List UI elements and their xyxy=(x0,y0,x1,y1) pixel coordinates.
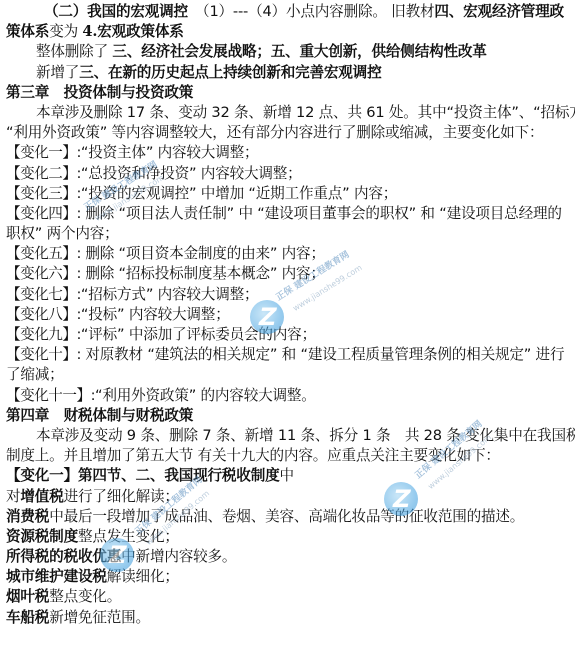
change-label: 【变化三】: xyxy=(6,185,81,202)
change-text: “利用外资政策” 的内容较大调整。 xyxy=(95,387,316,404)
change-label: 【变化二】: xyxy=(6,165,81,182)
tax-name: 消费税 xyxy=(6,508,49,525)
bold-text: 三、经济社会发展战略；五、重大创新，供给侧结构性改革 xyxy=(112,43,486,60)
tax-item: 资源税制度整点发生变化； xyxy=(6,527,575,547)
paragraph-line: “利用外资政策” 等内容调整较大，还有部分内容进行了删除或缩减，主要变化如下： xyxy=(6,123,575,143)
body-text: （1）---（4）小点内容删除。 旧教材 xyxy=(188,3,434,20)
change-label: 【变化一】: xyxy=(6,144,81,161)
tax-name: 所得税的税收优惠 xyxy=(6,548,121,565)
change-label: 【变化一】第四节、二、我国现行税收制度 xyxy=(6,467,279,484)
change-item: 【变化九】:“评标” 中添加了评标委员会的内容； xyxy=(6,325,575,345)
bold-text: 四、宏观经济管理政 xyxy=(434,3,564,20)
change-item: 【变化一】第四节、二、我国现行税收制度中 xyxy=(6,466,575,486)
body-text: 进行了细化解读； xyxy=(64,488,179,505)
text-line: 策体系变为 4.宏观政策体系 xyxy=(6,22,575,42)
change-label: 【变化六】: xyxy=(6,265,81,282)
paragraph-line: 本章涉及删除 17 条、变动 32 条、新增 12 点、共 61 处。其中“投资… xyxy=(6,103,575,123)
tax-name: 车船税 xyxy=(6,609,49,626)
change-item: 【变化二】:“总投资和净投资” 内容较大调整； xyxy=(6,164,575,184)
body-text: 变为 xyxy=(49,23,82,40)
change-item: 【变化七】:“招标方式” 内容较大调整； xyxy=(6,285,575,305)
bold-text: 三、在新的历史起点上持续创新和完善宏观调控 xyxy=(79,64,381,81)
change-label: 【变化四】: xyxy=(6,205,81,222)
section-heading-macro-control: （二）我国的宏观调控 （1）---（4）小点内容删除。 旧教材四、宏观经济管理政 xyxy=(6,2,575,22)
tax-name: 增值税 xyxy=(20,488,63,505)
body-text: 解读细化； xyxy=(107,568,179,585)
tax-name: 烟叶税 xyxy=(6,588,49,605)
body-text: 对 xyxy=(6,488,20,505)
text-line: 整体删除了 三、经济社会发展战略；五、重大创新，供给侧结构性改革 xyxy=(6,42,575,62)
change-label: 【变化五】: xyxy=(6,245,81,262)
change-label: 【变化十一】: xyxy=(6,387,95,404)
tax-item: 对增值税进行了细化解读； xyxy=(6,487,575,507)
paragraph-line: 本章涉及变动 9 条、删除 7 条、新增 11 条、拆分 1 条 共 28 条 … xyxy=(6,426,575,446)
heading-text: （二）我国的宏观调控 xyxy=(44,3,188,20)
change-text: “投资的宏观调控” 中增加 “近期工作重点” 内容； xyxy=(81,185,397,202)
change-item: 【变化一】:“投资主体” 内容较大调整； xyxy=(6,143,575,163)
bold-text: 策体系 xyxy=(6,23,49,40)
change-text: 删除 “项目法人责任制” 中 “建设项目董事会的职权” 和 “建设项目总经理的 xyxy=(81,205,562,222)
tax-item: 车船税新增免征范围。 xyxy=(6,608,575,628)
body-text: 新增免征范围。 xyxy=(49,609,150,626)
change-text: 对原教材 “建筑法的相关规定” 和 “建设工程质量管理条例的相关规定” 进行 xyxy=(81,346,564,363)
change-text: 删除 “项目资本金制度的由来” 内容； xyxy=(81,245,325,262)
tax-name: 资源税制度 xyxy=(6,528,78,545)
change-text: “投标” 内容较大调整； xyxy=(81,306,230,323)
body-text: 整点发生变化； xyxy=(78,528,179,545)
body-text: 新增了 xyxy=(36,64,79,81)
body-text: 整体删除了 xyxy=(36,43,112,60)
change-label: 【变化九】: xyxy=(6,326,81,343)
change-label: 【变化八】: xyxy=(6,306,81,323)
change-item-continuation: 职权” 两个内容； xyxy=(6,224,575,244)
change-label: 【变化七】: xyxy=(6,286,81,303)
change-item: 【变化八】:“投标” 内容较大调整； xyxy=(6,305,575,325)
tax-item: 烟叶税整点变化。 xyxy=(6,587,575,607)
change-item: 【变化十一】:“利用外资政策” 的内容较大调整。 xyxy=(6,386,575,406)
chapter-3-heading: 第三章 投资体制与投资政策 xyxy=(6,83,575,103)
change-text: “投资主体” 内容较大调整； xyxy=(81,144,259,161)
text-line: 新增了三、在新的历史起点上持续创新和完善宏观调控 xyxy=(6,63,575,83)
tax-item: 消费税中最后一段增加了成品油、卷烟、美容、高端化妆品等的征收范围的描述。 xyxy=(6,507,575,527)
body-text: 整点变化。 xyxy=(49,588,121,605)
change-text: “评标” 中添加了评标委员会的内容； xyxy=(81,326,316,343)
tax-item: 城市维护建设税解读细化； xyxy=(6,567,575,587)
change-item-continuation: 了缩减； xyxy=(6,365,575,385)
change-text: “招标方式” 内容较大调整； xyxy=(81,286,259,303)
paragraph-line: 制度上。并且增加了第五大节 有关十九大的内容。应重点关注主要变化如下： xyxy=(6,446,575,466)
body-text: 中最后一段增加了成品油、卷烟、美容、高端化妆品等的征收范围的描述。 xyxy=(49,508,524,525)
change-item: 【变化六】: 删除 “招标投标制度基本概念” 内容； xyxy=(6,264,575,284)
change-item: 【变化四】: 删除 “项目法人责任制” 中 “建设项目董事会的职权” 和 “建设… xyxy=(6,204,575,224)
document-page: （二）我国的宏观调控 （1）---（4）小点内容删除。 旧教材四、宏观经济管理政… xyxy=(0,0,575,628)
change-text: “总投资和净投资” 内容较大调整； xyxy=(81,165,302,182)
tax-name: 城市维护建设税 xyxy=(6,568,107,585)
change-item: 【变化三】:“投资的宏观调控” 中增加 “近期工作重点” 内容； xyxy=(6,184,575,204)
change-item: 【变化十】: 对原教材 “建筑法的相关规定” 和 “建设工程质量管理条例的相关规… xyxy=(6,345,575,365)
bold-text: 4.宏观政策体系 xyxy=(82,23,183,40)
change-text: 删除 “招标投标制度基本概念” 内容； xyxy=(81,265,325,282)
chapter-4-heading: 第四章 财税体制与财税政策 xyxy=(6,406,575,426)
change-label: 【变化十】: xyxy=(6,346,81,363)
change-text: 中 xyxy=(279,467,293,484)
body-text: 中新增内容较多。 xyxy=(121,548,236,565)
tax-item: 所得税的税收优惠中新增内容较多。 xyxy=(6,547,575,567)
change-item: 【变化五】: 删除 “项目资本金制度的由来” 内容； xyxy=(6,244,575,264)
